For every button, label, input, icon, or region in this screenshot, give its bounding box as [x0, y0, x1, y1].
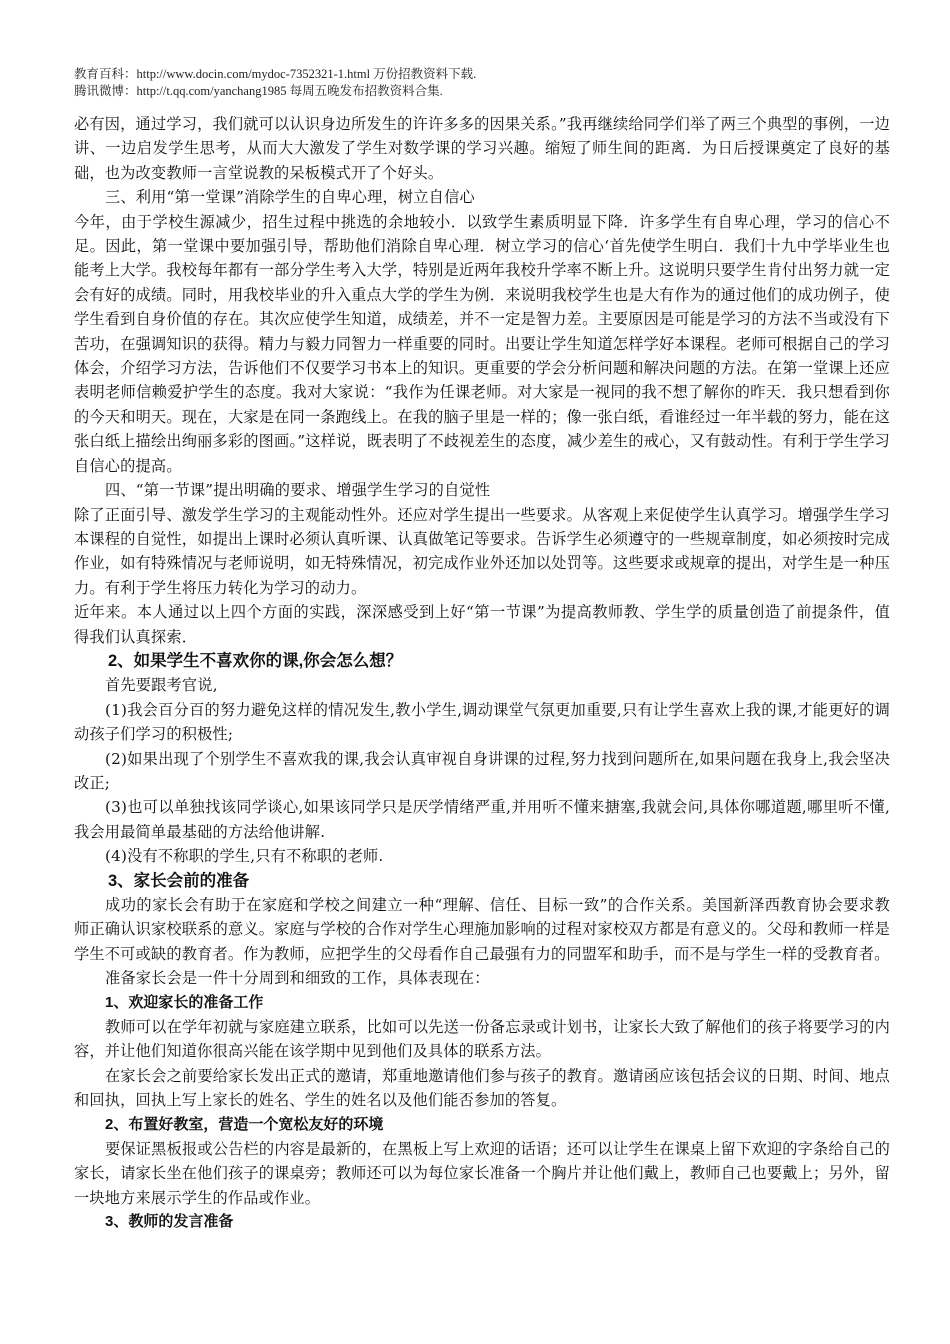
list-item: (2)如果出现了个别学生不喜欢我的课,我会认真审视自身讲课的过程,努力找到问题所… [74, 747, 890, 796]
paragraph: 教师可以在学年初就与家庭建立联系，比如可以先送一份备忘录或计划书，让家长大致了解… [74, 1015, 890, 1064]
paragraph: 今年，由于学校生源减少，招生过程中挑选的余地较小．以致学生素质明显下降．许多学生… [74, 210, 890, 478]
header-weibo-line: 腾讯微博：http://t.qq.com/yanchang1985 每周五晚发布… [74, 83, 894, 100]
subsection-1-heading: 1、欢迎家长的准备工作 [74, 991, 890, 1015]
section-title-4: 四、“第一节课”提出明确的要求、增强学生学习的自觉性 [74, 478, 890, 502]
question-2-heading: 2、如果学生不喜欢你的课,你会怎么想？ [74, 649, 890, 673]
document-body: 必有因，通过学习，我们就可以认识身边所发生的许许多多的因果关系。”我再继续给同学… [74, 112, 890, 1235]
paragraph: 近年来。本人通过以上四个方面的实践，深深感受到上好“第一节课”为提高教师教、学生… [74, 600, 890, 649]
list-item: (1)我会百分百的努力避免这样的情况发生,教小学生,调动课堂气氛更加重要,只有让… [74, 698, 890, 747]
paragraph: 首先要跟考官说, [74, 673, 890, 697]
paragraph: 成功的家长会有助于在家庭和学校之间建立一种“理解、信任、目标一致”的合作关系。美… [74, 893, 890, 966]
list-item: (3)也可以单独找该同学谈心,如果该同学只是厌学情绪严重,并用听不懂来搪塞,我就… [74, 795, 890, 844]
subsection-3-heading: 3、教师的发言准备 [74, 1210, 890, 1234]
paragraph: 要保证黑板报或公告栏的内容是最新的，在黑板上写上欢迎的话语；还可以让学生在课桌上… [74, 1137, 890, 1210]
question-3-heading: 3、家长会前的准备 [74, 869, 890, 893]
header-docin-line: 教育百科：http://www.docin.com/mydoc-7352321-… [74, 66, 894, 83]
paragraph: 准备家长会是一件十分周到和细致的工作，具体表现在： [74, 966, 890, 990]
list-item: (4)没有不称职的学生,只有不称职的老师. [74, 844, 890, 868]
paragraph: 必有因，通过学习，我们就可以认识身边所发生的许许多多的因果关系。”我再继续给同学… [74, 112, 890, 185]
paragraph: 除了正面引导、激发学生学习的主观能动性外。还应对学生提出一些要求。从客观上来促使… [74, 503, 890, 601]
page-header: 教育百科：http://www.docin.com/mydoc-7352321-… [74, 66, 894, 100]
paragraph: 在家长会之前要给家长发出正式的邀请，郑重地邀请他们参与孩子的教育。邀请函应该包括… [74, 1064, 890, 1113]
section-title-3: 三、利用“第一堂课”消除学生的自卑心理，树立自信心 [74, 185, 890, 209]
subsection-2-heading: 2、布置好教室，营造一个宽松友好的环境 [74, 1113, 890, 1137]
